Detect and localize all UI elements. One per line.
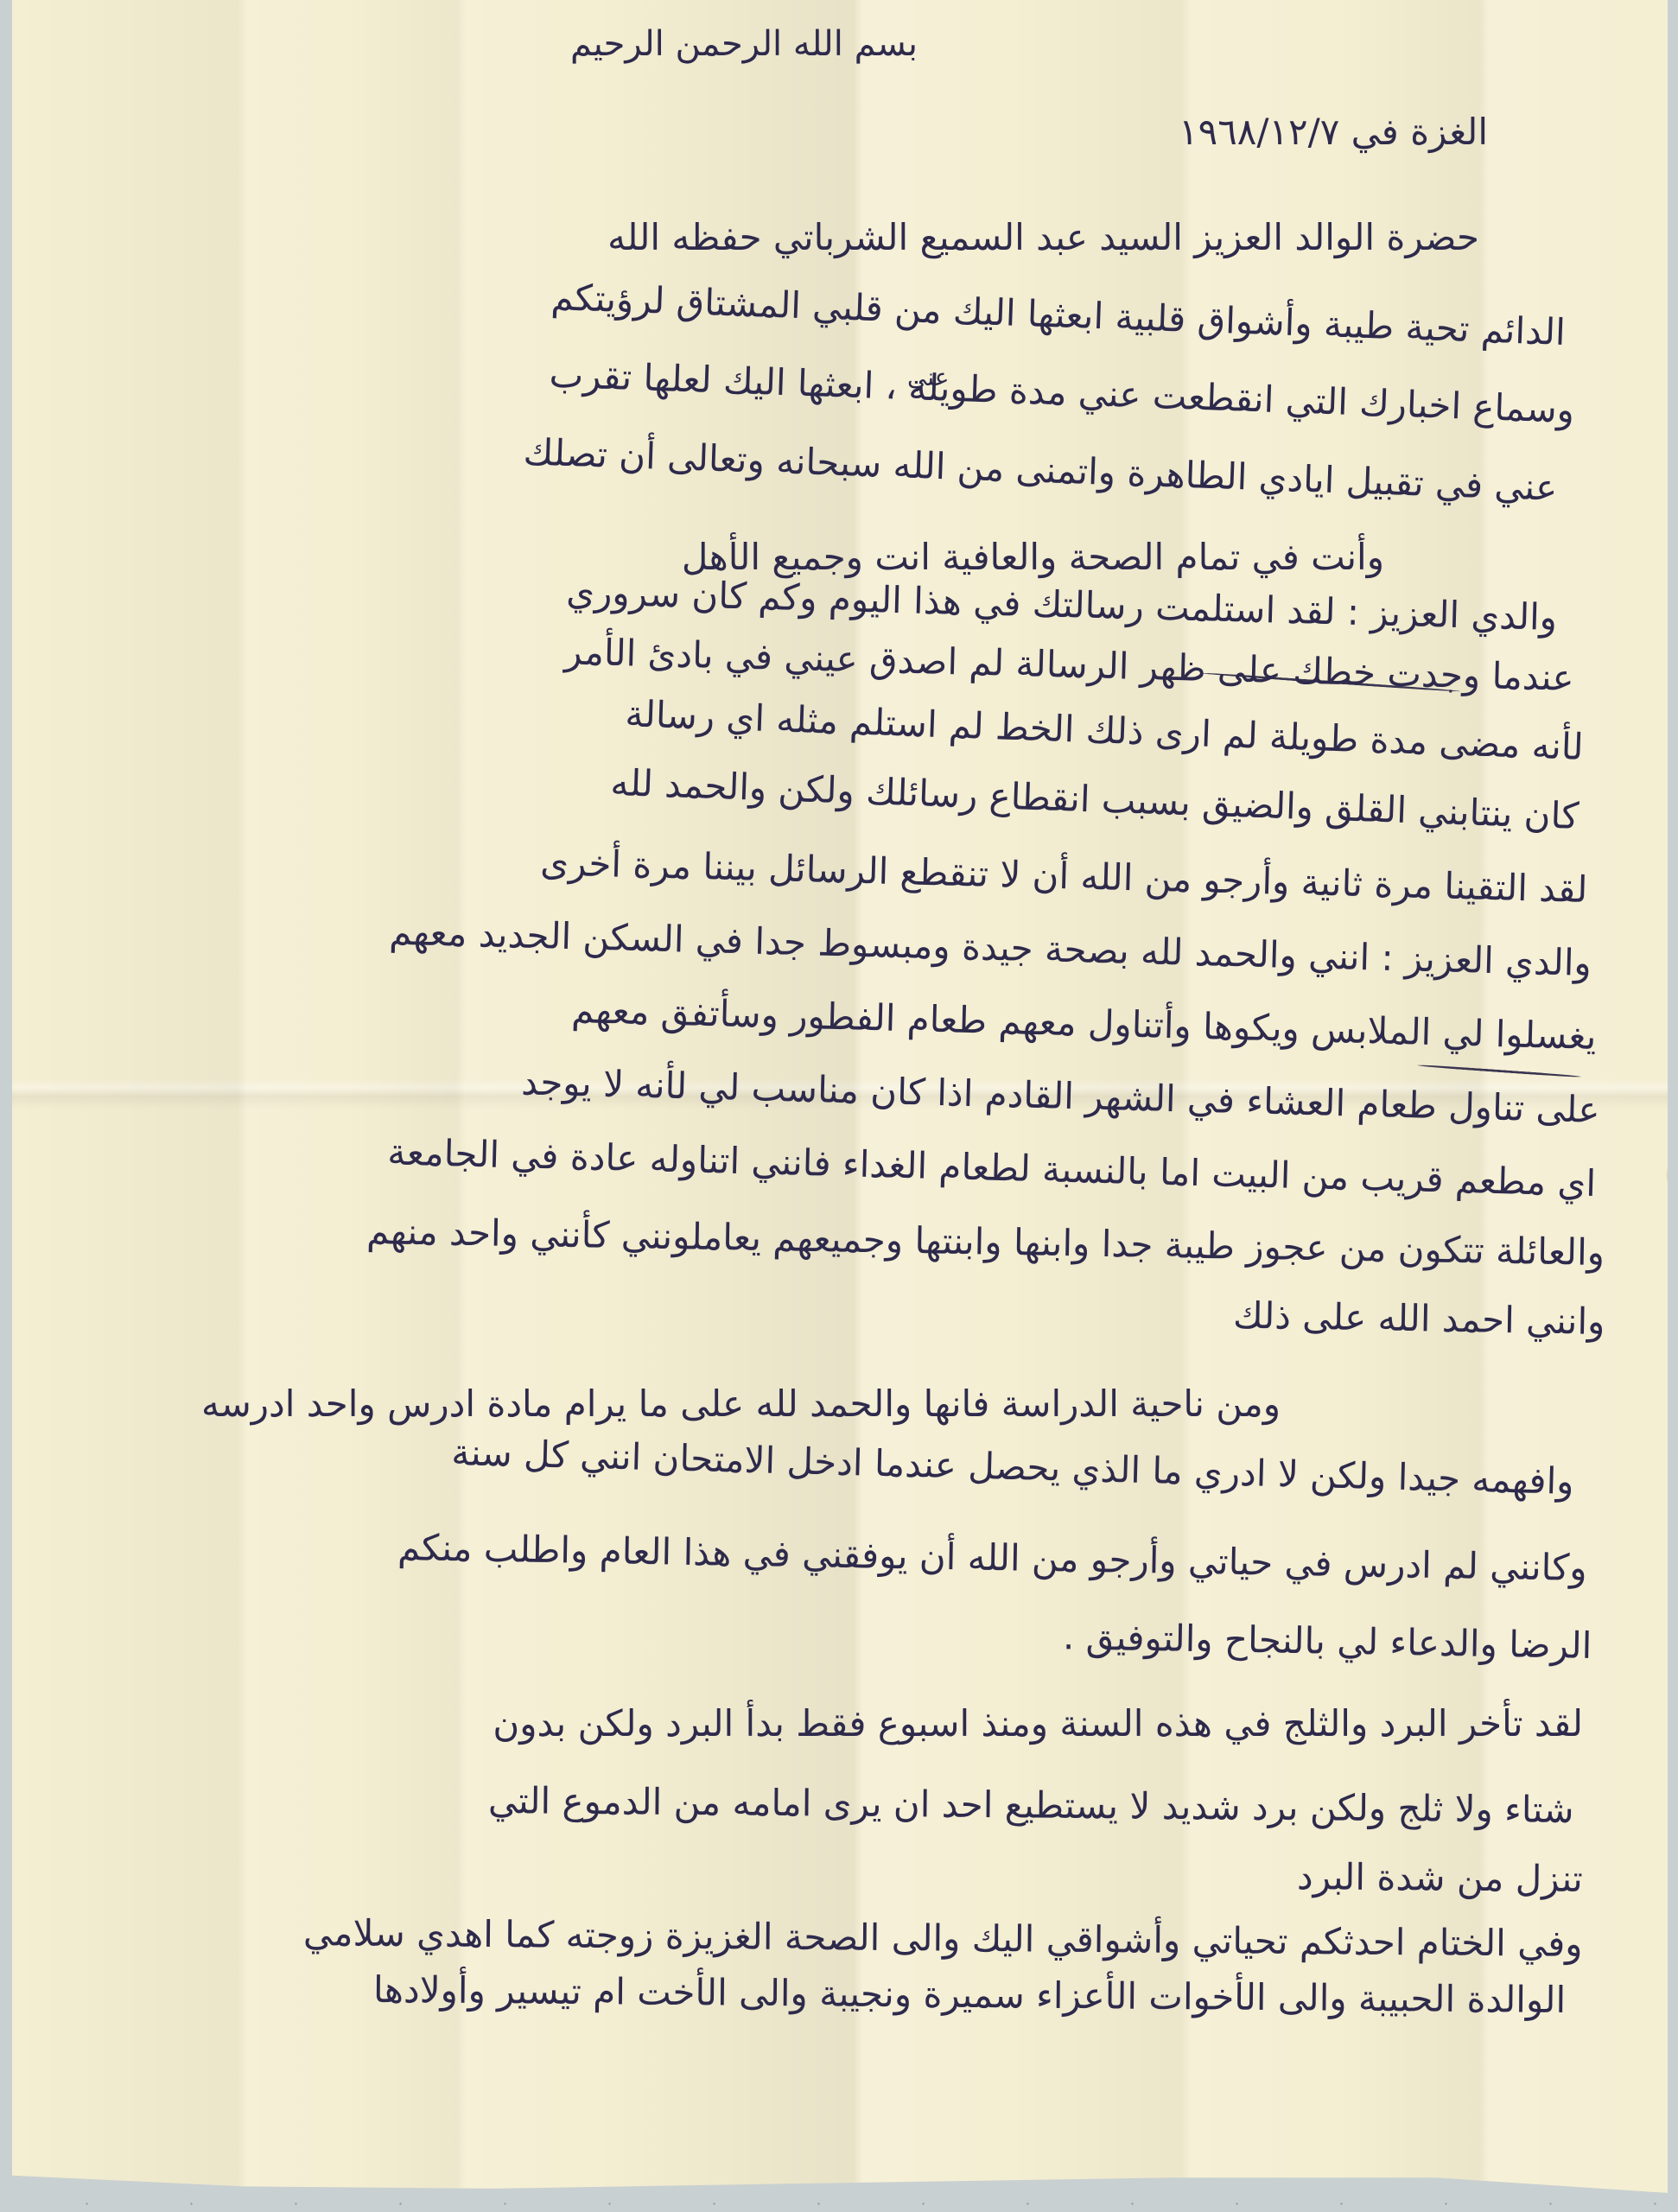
basmala-heading: بسم الله الرحمن الرحيم	[570, 24, 918, 64]
body-line: ومن ناحية الدراسة فانها والحمد لله على م…	[201, 1382, 1281, 1425]
body-line: تنزل من شدة البرد	[1297, 1855, 1583, 1900]
salutation-line: حضرة الوالد العزيز السيد عبد السميع الشر…	[607, 216, 1479, 258]
body-line: وانني احمد الله على ذلك	[1232, 1294, 1605, 1343]
body-line: لقد تأخر البرد والثلج في هذه السنة ومنذ …	[493, 1702, 1583, 1745]
date-line: الغزة في ١٩٦٨/١٢/٧	[1179, 111, 1488, 153]
body-line: وأنت في تمام الصحة والعافية انت وجميع ال…	[682, 536, 1384, 578]
